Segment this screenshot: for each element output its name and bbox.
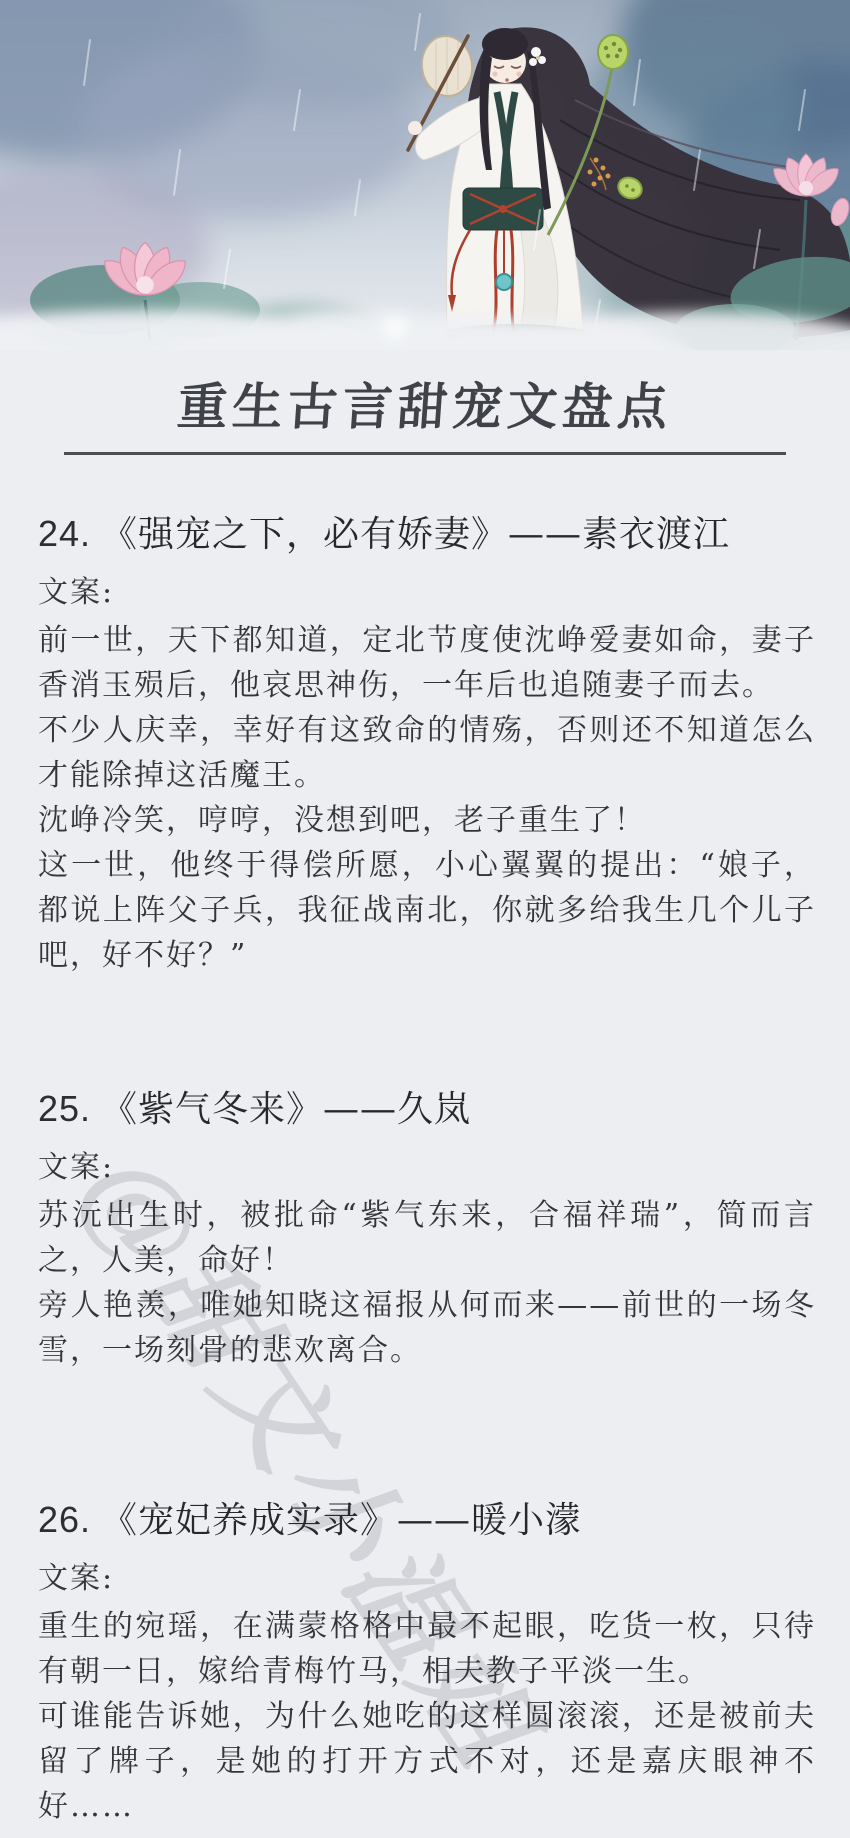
synopsis-text: 苏沅出生时，被批命“紫气东来，合福祥瑞”，简而言之，人美，命好！ 旁人艳羡，唯她… [38,1193,816,1373]
book-entry-25: 25.《紫气冬来》——久岚 文案: 苏沅出生时，被批命“紫气东来，合福祥瑞”，简… [38,1084,816,1373]
synopsis-paragraph: 苏沅出生时，被批命“紫气东来，合福祥瑞”，简而言之，人美，命好！ [38,1193,816,1283]
page-title: 重生古言甜宠文盘点 [0,378,850,436]
book-entry-24: 24.《强宠之下，必有娇妻》——素衣渡江 文案: 前一世，天下都知道，定北节度使… [38,509,816,978]
entry-number: 25. [38,1088,91,1129]
book-entry-26: 26.《宠妃养成实录》——暖小濛 文案: 重生的宛瑶，在满蒙格格中最不起眼，吃货… [38,1495,816,1829]
entry-heading: 24.《强宠之下，必有娇妻》——素衣渡江 [38,509,816,560]
title-underline [64,452,786,455]
book-list: 24.《强宠之下，必有娇妻》——素衣渡江 文案: 前一世，天下都知道，定北节度使… [0,509,850,1829]
hand [408,121,422,135]
entry-number: 26. [38,1499,91,1540]
synopsis-paragraph: 前一世，天下都知道，定北节度使沈峥爱妻如命，妻子香消玉殒后，他哀思神伤，一年后也… [38,618,816,708]
hanfu-girl-lotus-illustration [0,0,850,358]
entry-heading: 25.《紫气冬来》——久岚 [38,1084,816,1135]
entry-number: 24. [38,513,91,554]
synopsis-paragraph: 不少人庆幸，幸好有这致命的情殇，否则还不知道怎么才能除掉这活魔王。 [38,708,816,798]
booklist-post: 重生古言甜宠文盘点 @甜文小温姐 24.《强宠之下，必有娇妻》——素衣渡江 文案… [0,0,850,1838]
title-block: 重生古言甜宠文盘点 [0,378,850,455]
synopsis-paragraph: 这一世，他终于得偿所愿，小心翼翼的提出：“娘子，都说上阵父子兵，我征战南北，你就… [38,843,816,978]
synopsis-label: 文案: [38,574,816,612]
entry-title-author: 《强宠之下，必有娇妻》——素衣渡江 [101,514,730,555]
hero-illustration [0,0,850,358]
synopsis-paragraph: 可谁能告诉她，为什么她吃的这样圆滚滚，还是被前夫留了牌子，是她的打开方式不对，还… [38,1694,816,1829]
entry-title-author: 《紫气冬来》——久岚 [101,1089,471,1130]
synopsis-text: 重生的宛瑶，在满蒙格格中最不起眼，吃货一枚，只待有朝一日，嫁给青梅竹马，相夫教子… [38,1604,816,1829]
synopsis-label: 文案: [38,1560,816,1598]
jade-bead [496,274,512,290]
synopsis-text: 前一世，天下都知道，定北节度使沈峥爱妻如命，妻子香消玉殒后，他哀思神伤，一年后也… [38,618,816,978]
entry-title-author: 《宠妃养成实录》——暖小濛 [101,1500,582,1541]
entry-heading: 26.《宠妃养成实录》——暖小濛 [38,1495,816,1546]
synopsis-label: 文案: [38,1149,816,1187]
synopsis-paragraph: 重生的宛瑶，在满蒙格格中最不起眼，吃货一枚，只待有朝一日，嫁给青梅竹马，相夫教子… [38,1604,816,1694]
synopsis-paragraph: 沈峥冷笑，哼哼，没想到吧，老子重生了！ [38,798,816,843]
synopsis-paragraph: 旁人艳羡，唯她知晓这福报从何而来——前世的一场冬雪，一场刻骨的悲欢离合。 [38,1283,816,1373]
